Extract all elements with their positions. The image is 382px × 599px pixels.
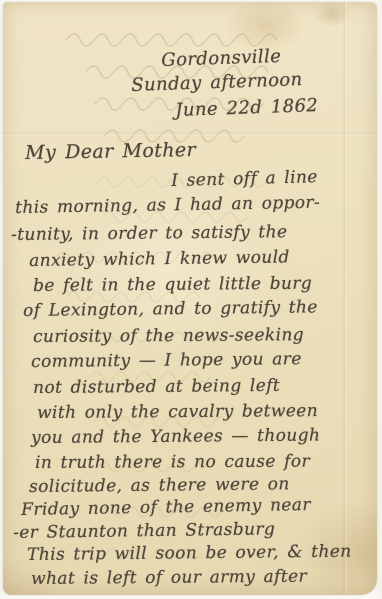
body-line: in truth there is no cause for [35,452,310,473]
body-line: this morning, as I had an oppor- [15,193,320,218]
body-line: -tunity, in order to satisfy the [11,222,287,245]
heading-day: Sunday afternoon [131,69,303,96]
heading-date: June 22d 1862 [175,95,319,121]
body-line: community — I hope you are [31,349,302,372]
body-line: anxiety which I knew would [29,247,290,271]
body-line: solicitude, as there were on [29,474,290,497]
heading-place: Gordonsville [161,46,282,71]
body-line: I sent off a line [171,167,318,191]
body-line: curiosity of the news-seeking [33,325,304,347]
body-line: -er Staunton than Strasburg [13,519,275,543]
letter-photo: Gordonsville Sunday afternoon June 22d 1… [0,0,382,599]
body-line: you and the Yankees — though [31,425,320,448]
fold-crease-vertical [343,2,347,595]
body-line: Friday none of the enemy near [21,495,311,520]
letter-paper: Gordonsville Sunday afternoon June 22d 1… [3,2,377,595]
body-line: with only the cavalry between [37,401,318,423]
body-line: not disturbed at being left [33,376,280,398]
fold-crease-horizontal [3,132,377,136]
body-line: be felt in the quiet little burg [33,274,312,296]
salutation: My Dear Mother [25,139,196,164]
body-line: what is left of our army after [31,567,307,589]
body-line: This trip will soon be over, & then [27,542,352,565]
body-line: of Lexington, and to gratify the [23,297,318,321]
